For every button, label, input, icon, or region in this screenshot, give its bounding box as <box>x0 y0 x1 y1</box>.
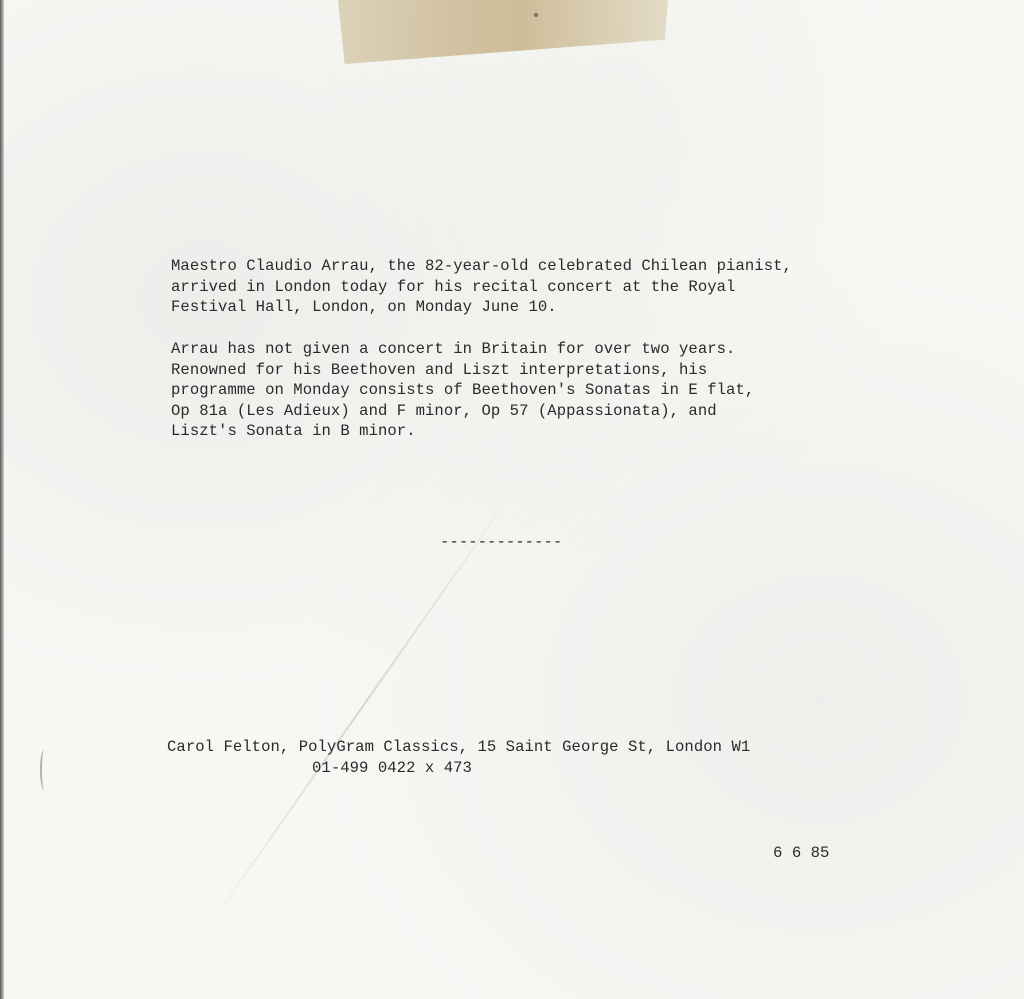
paragraph-intro: Maestro Claudio Arrau, the 82-year-old c… <box>171 256 792 318</box>
document-date: 6 6 85 <box>773 843 829 864</box>
adhesive-tape-residue <box>338 0 668 64</box>
text-line: arrived in London today for his recital … <box>171 277 792 298</box>
text-line: Festival Hall, London, on Monday June 10… <box>171 297 792 318</box>
tape-speck <box>534 13 538 17</box>
text-line: Op 81a (Les Adieux) and F minor, Op 57 (… <box>171 401 754 422</box>
separator-line: ------------- <box>440 532 562 553</box>
contact-address: Carol Felton, PolyGram Classics, 15 Sain… <box>167 737 750 758</box>
paragraph-programme: Arrau has not given a concert in Britain… <box>171 339 754 442</box>
document-page: Maestro Claudio Arrau, the 82-year-old c… <box>0 0 1024 999</box>
text-line: programme on Monday consists of Beethove… <box>171 380 754 401</box>
text-line: Maestro Claudio Arrau, the 82-year-old c… <box>171 256 792 277</box>
text-line: Renowned for his Beethoven and Liszt int… <box>171 360 754 381</box>
contact-phone: 01-499 0422 x 473 <box>312 758 472 779</box>
text-line: Arrau has not given a concert in Britain… <box>171 339 754 360</box>
page-edge-shadow <box>0 0 4 999</box>
text-line: Liszt's Sonata in B minor. <box>171 421 754 442</box>
pencil-mark <box>40 750 48 790</box>
